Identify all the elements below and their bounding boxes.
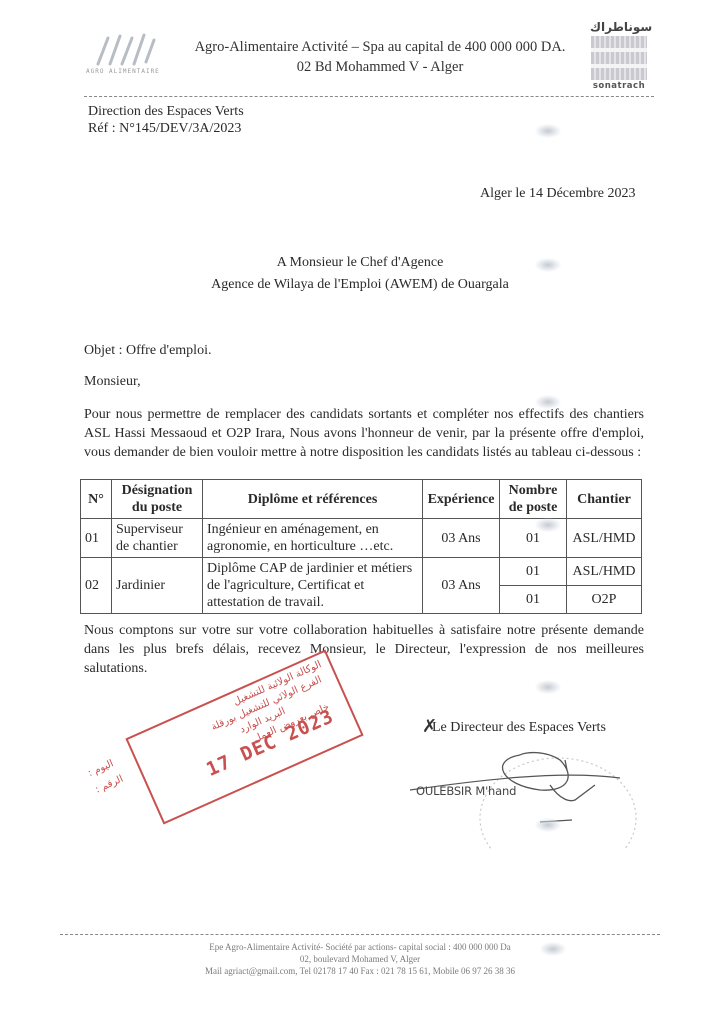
footer-address-line: 02, boulevard Mohamed V, Alger — [160, 953, 560, 965]
col-header-diplome: Diplôme et références — [203, 480, 423, 519]
scan-smudge — [535, 818, 561, 832]
row-experience: 03 Ans — [423, 519, 500, 558]
company-address-line: 02 Bd Mohammed V - Alger — [190, 57, 570, 77]
footer-company-line: Epe Agro-Alimentaire Activité- Société p… — [160, 941, 560, 953]
company-logo-icon — [92, 32, 162, 66]
recipient-line-2: Agence de Wilaya de l'Emploi (AWEM) de O… — [200, 274, 520, 296]
row-nombre: 01 — [500, 586, 567, 614]
footer-contact-line: Mail agriact@gmail.com, Tel 02178 17 40 … — [160, 965, 560, 977]
sender-block: Direction des Espaces Verts Réf : N°145/… — [88, 103, 244, 137]
salutation: Monsieur, — [84, 374, 141, 390]
col-header-designation: Désignation du poste — [112, 480, 203, 519]
col-header-chantier: Chantier — [567, 480, 642, 519]
table-header-row: N° Désignation du poste Diplôme et référ… — [81, 480, 642, 519]
recipient-block: A Monsieur le Chef d'Agence Agence de Wi… — [200, 252, 520, 296]
letter-subject: Objet : Offre d'emploi. — [84, 343, 211, 359]
row-nombre: 01 — [500, 558, 567, 586]
row-diplome: Diplôme CAP de jardinier et métiers de l… — [203, 558, 423, 614]
company-capital-line: Agro-Alimentaire Activité – Spa au capit… — [190, 37, 570, 57]
scan-smudge — [535, 395, 561, 409]
col-header-number: N° — [81, 480, 112, 519]
col-header-nombre: Nombre de poste — [500, 480, 567, 519]
closing-paragraph: Nous comptons sur votre sur votre collab… — [84, 621, 644, 678]
row-designation: Jardinier — [112, 558, 203, 614]
row-chantier: O2P — [567, 586, 642, 614]
company-logo: AGRO ALIMENTAIRE — [86, 30, 166, 82]
table-row: 02 Jardinier Diplôme CAP de jardinier et… — [81, 558, 642, 586]
intro-paragraph: Pour nous permettre de remplacer des can… — [84, 405, 644, 462]
footer: Epe Agro-Alimentaire Activité- Société p… — [160, 941, 560, 977]
stamp-label-number: الرقم : — [94, 774, 125, 796]
header-divider — [84, 96, 654, 97]
row-number: 01 — [81, 519, 112, 558]
row-designation: Superviseur de chantier — [112, 519, 203, 558]
stamp-label-day: اليوم : — [86, 758, 115, 779]
letter-date: Alger le 14 Décembre 2023 — [480, 186, 636, 202]
row-number: 02 — [81, 558, 112, 614]
footer-divider — [60, 934, 660, 935]
scan-smudge — [535, 680, 561, 694]
company-logo-caption: AGRO ALIMENTAIRE — [86, 68, 160, 75]
sonatrach-logo: سوناطراك sonatrach — [590, 20, 648, 92]
row-experience: 03 Ans — [423, 558, 500, 614]
row-chantier: ASL/HMD — [567, 519, 642, 558]
department-name: Direction des Espaces Verts — [88, 103, 244, 120]
scan-smudge — [535, 124, 561, 138]
company-header: Agro-Alimentaire Activité – Spa au capit… — [190, 37, 570, 77]
scan-smudge — [535, 258, 561, 272]
signer-name: OULEBSIR M'hand — [416, 784, 516, 798]
row-chantier: ASL/HMD — [567, 558, 642, 586]
sonatrach-arabic-name: سوناطراك — [590, 20, 648, 34]
row-diplome: Ingénieur en aménagement, en agronomie, … — [203, 519, 423, 558]
job-offer-table: N° Désignation du poste Diplôme et référ… — [80, 479, 642, 614]
reference-number: Réf : N°145/DEV/3A/2023 — [88, 120, 244, 137]
col-header-experience: Expérience — [423, 480, 500, 519]
scan-smudge — [535, 518, 561, 532]
recipient-line-1: A Monsieur le Chef d'Agence — [200, 252, 520, 274]
sonatrach-latin-name: sonatrach — [590, 81, 648, 91]
sonatrach-logo-icon — [591, 36, 647, 80]
